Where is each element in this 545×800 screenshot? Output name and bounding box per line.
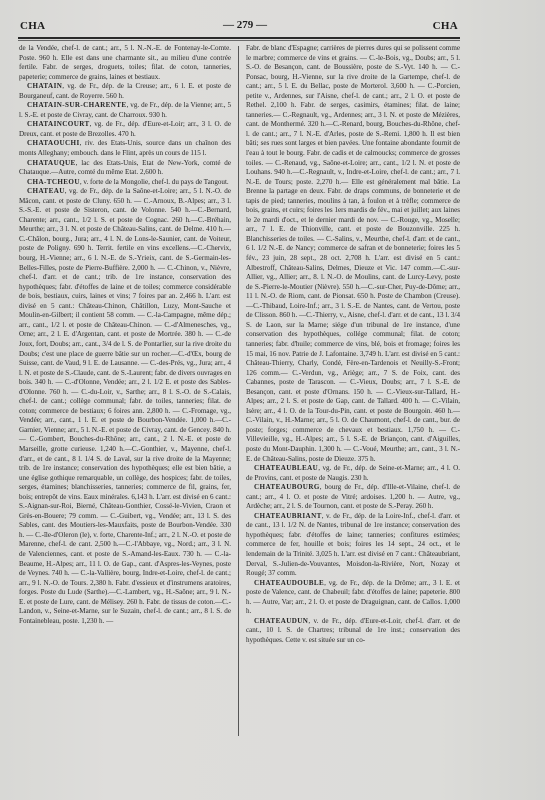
running-head-right: CHA (433, 20, 458, 32)
entry-continuation: de la Vendée, chef-l. de cant.; arr., 5 … (19, 44, 231, 82)
entry-headword: CHA-TCHEOU (27, 178, 80, 186)
running-header: CHA — 279 — CHA (18, 18, 460, 34)
entry-chateaudouble: CHATEAUDOUBLE, vg. de Fr., dép. de la Dr… (246, 579, 460, 617)
entry-text: , vg. de Fr., dép. de la Saône-et-Loire;… (19, 187, 231, 625)
entry-chateaudun: CHATEAUDUN, v. de Fr., dép. d'Eure-et-Lo… (246, 617, 460, 646)
entry-headword: CHATEAU (27, 187, 65, 195)
entry-chateaubourg: CHATEAUBOURG, bourg de Fr., dép. d'Ille-… (246, 483, 460, 512)
entry-headword: CHATEAUBRIANT (254, 512, 322, 520)
entry-chatain: CHATAIN, vg. de Fr., dép. de la Creuse; … (19, 82, 231, 101)
entry-headword: CHATAUQUE (27, 159, 76, 167)
scanned-page: CHA — 279 — CHA de la Vendée, chef-l. de… (0, 0, 545, 800)
running-head-left: CHA (20, 20, 45, 32)
entry-headword: CHATEAUBLEAU (254, 464, 318, 472)
header-rule-thick (18, 37, 460, 39)
entry-text: de la Vendée, chef-l. de cant.; arr., 5 … (19, 44, 231, 81)
entry-chateaubriant: CHATEAUBRIANT, v. de Fr., dép. de la Loi… (246, 512, 460, 579)
entry-headword: CHATEAUDUN (254, 617, 308, 625)
column-divider (238, 46, 239, 736)
entry-headword: CHATAINCOURT (27, 120, 90, 128)
entry-text: , v. de Fr., dép. de la Loire-Inf., chef… (246, 512, 460, 577)
left-column: de la Vendée, chef-l. de cant.; arr., 5 … (19, 44, 231, 626)
page-number: — 279 — (223, 19, 267, 31)
entry-text: Fabr. de blanc d'Espagne; carrières de p… (246, 44, 460, 463)
entry-chataincourt: CHATAINCOURT, vg. de Fr., dép. d'Eure-et… (19, 120, 231, 139)
entry-chataouchi: CHATAOUCHI, riv. des Etats-Unis, source … (19, 139, 231, 158)
entry-cha-tcheou: CHA-TCHEOU, v. forte de la Mongolie, che… (19, 178, 231, 188)
entry-headword: CHATAIN (27, 82, 62, 90)
entry-chatauque: CHATAUQUE, lac des Etats-Unis, Etat de N… (19, 159, 231, 178)
right-column: Fabr. de blanc d'Espagne; carrières de p… (246, 44, 460, 645)
entry-headword: CHATEAUDOUBLE (254, 579, 324, 587)
entry-text: , v. forte de la Mongolie, chef-l. du pa… (80, 178, 229, 186)
entry-headword: CHATAIN-SUR-CHARENTE (27, 101, 127, 109)
entry-headword: CHATEAUBOURG (254, 483, 320, 491)
entry-chatain-sur-charente: CHATAIN-SUR-CHARENTE, vg. de Fr., dép. d… (19, 101, 231, 120)
header-rule-thin (18, 40, 460, 41)
entry-chateau: CHATEAU, vg. de Fr., dép. de la Saône-et… (19, 187, 231, 626)
entry-continuation: Fabr. de blanc d'Espagne; carrières de p… (246, 44, 460, 464)
entry-headword: CHATAOUCHI (27, 139, 80, 147)
entry-chateaubleau: CHATEAUBLEAU, vg. de Fr., dép. de Seine-… (246, 464, 460, 483)
